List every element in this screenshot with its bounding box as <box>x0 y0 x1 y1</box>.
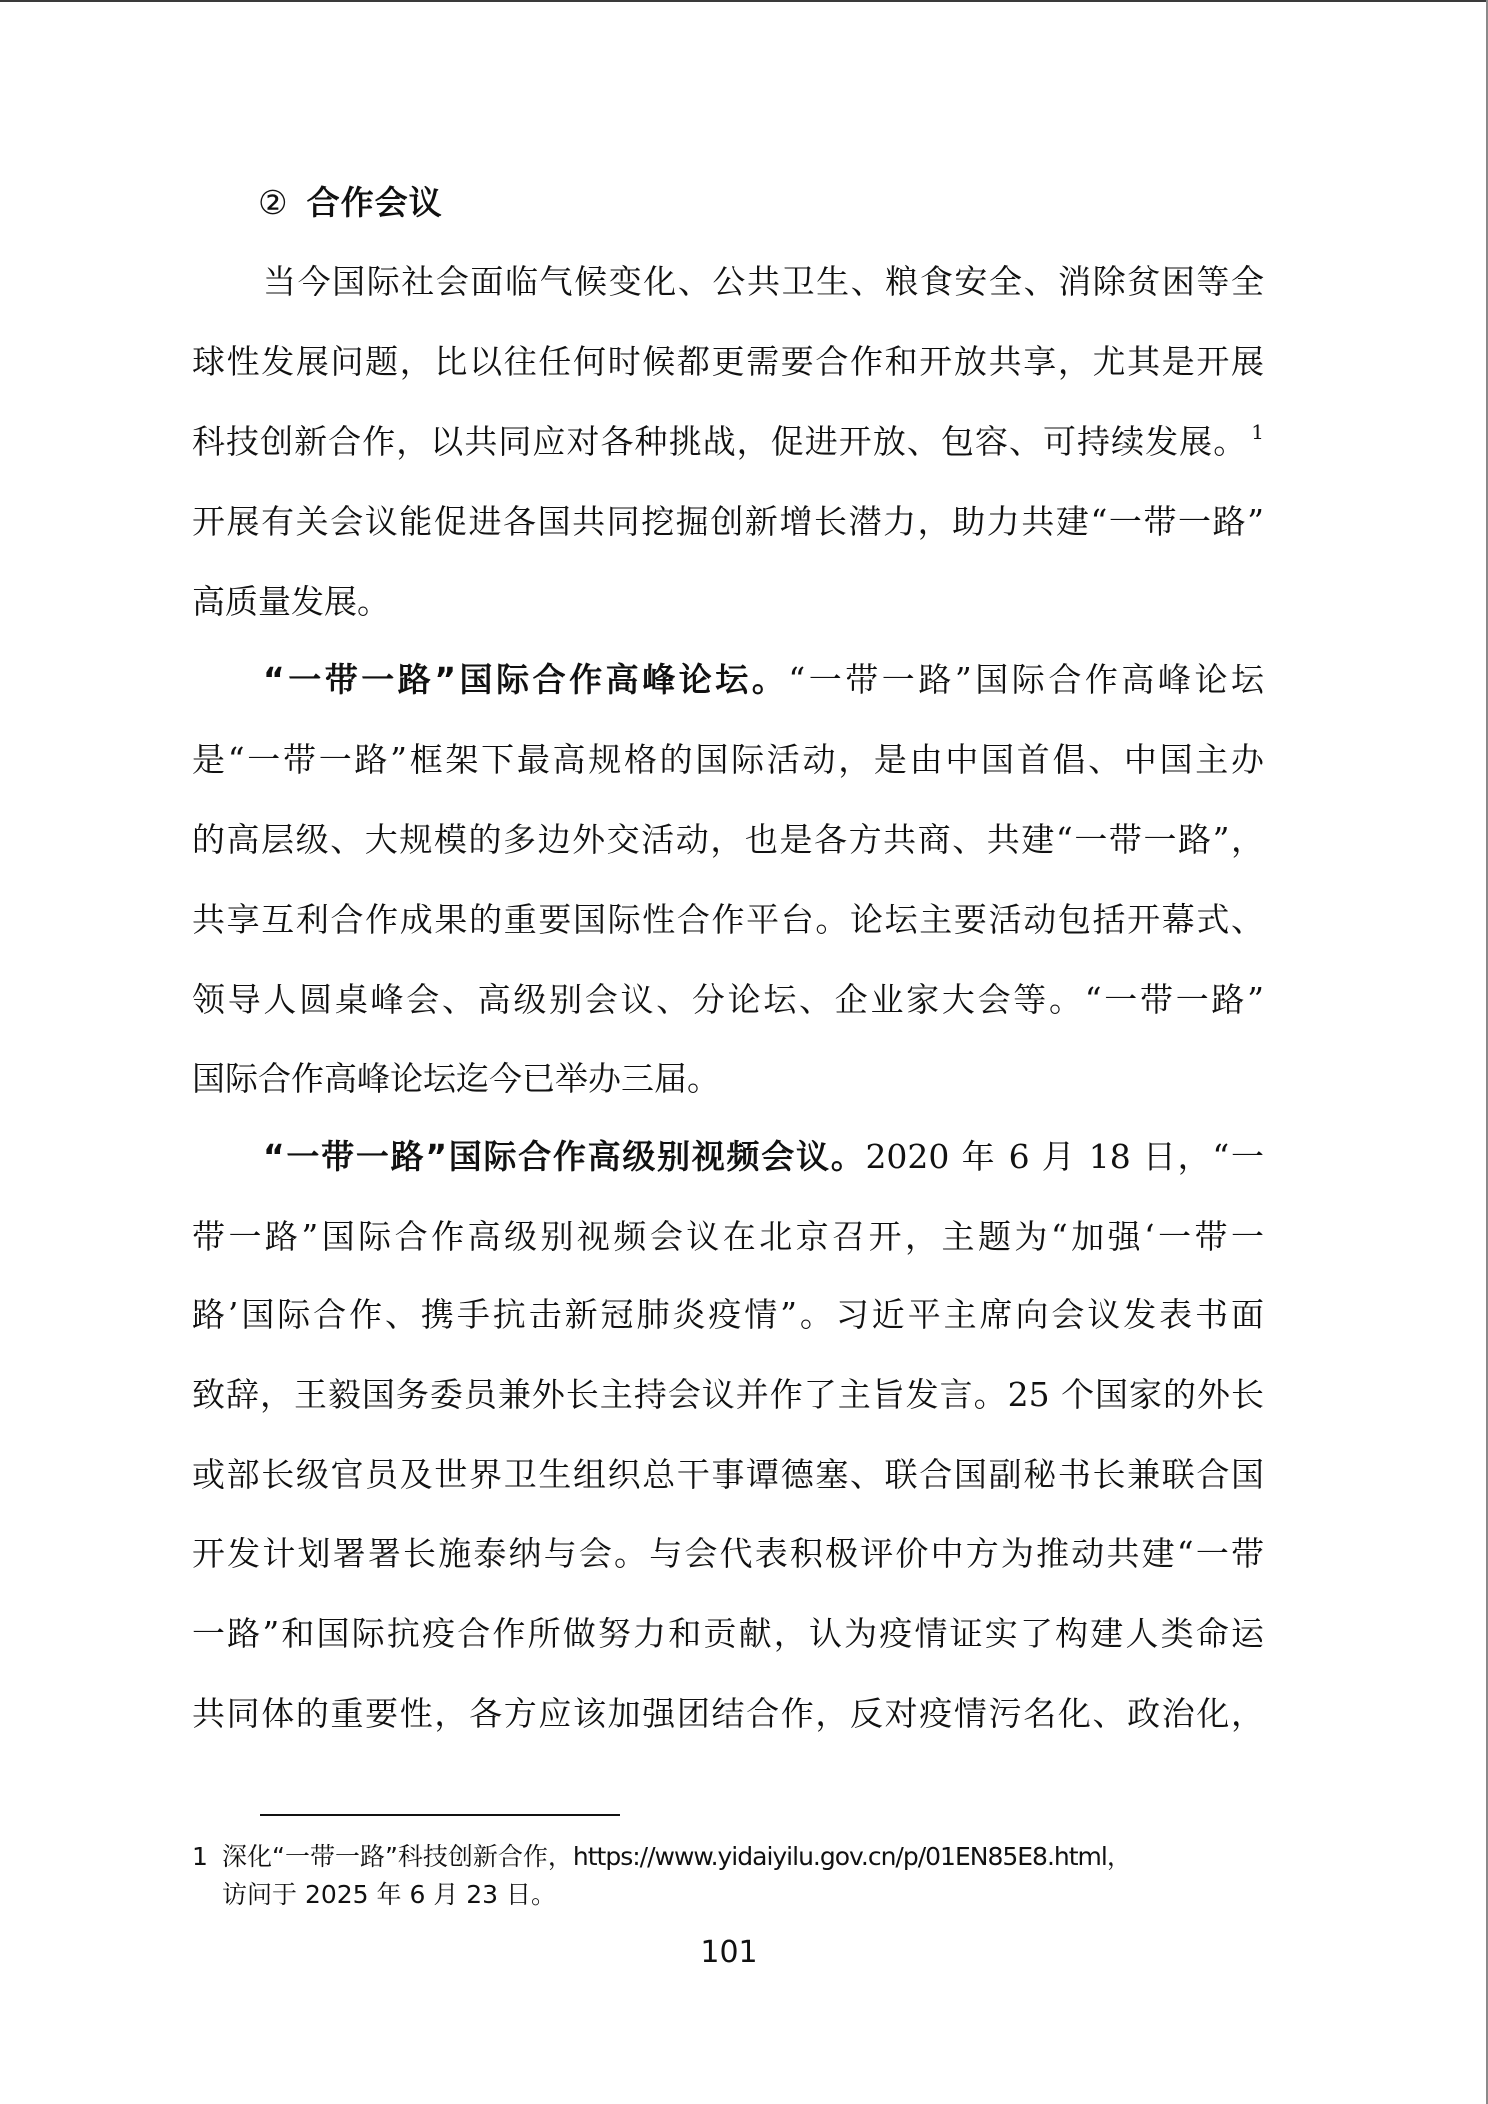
line-text: 路’国际合作、携手抗击新冠肺炎疫情”。习近平主席向会议发表书面 <box>192 1295 1264 1334</box>
line-text: 领导人圆桌峰会、高级别会议、分论坛、企业家大会等。“一带一路” <box>192 980 1264 1019</box>
section-title: 合作会议 <box>307 183 443 222</box>
page-top-border <box>0 0 1488 2</box>
footnote-title: 深化“一带一路”科技创新合作， <box>222 1842 573 1871</box>
footnote-access-note: 访问于 2025 年 6 月 23 日。 <box>222 1876 1272 1914</box>
text-line: “一带一路”国际合作高级别视频会议。2020 年 6 月 18 日，“一 <box>192 1133 1264 1181</box>
line-text: 共同体的重要性，各方应该加强团结合作，反对疫情污名化、政治化， <box>192 1694 1264 1733</box>
footnote-separator <box>260 1814 620 1816</box>
line-text: 带一路”国际合作高级别视频会议在北京召开，主题为“加强‘一带一 <box>192 1217 1264 1256</box>
text-line: 球性发展问题，比以往任何时候都更需要合作和开放共享，尤其是开展 <box>192 338 1264 386</box>
text-line: 一路”和国际抗疫合作所做努力和贡献，认为疫情证实了构建人类命运 <box>192 1610 1264 1658</box>
footnote: 1 深化“一带一路”科技创新合作，https://www.yidaiyilu.g… <box>192 1838 1272 1914</box>
text-line: 高质量发展。 <box>192 578 1264 626</box>
line-text: 共享互利合作成果的重要国际性合作平台。论坛主要活动包括开幕式、 <box>192 900 1264 939</box>
line-text: 或部长级官员及世界卫生组织总干事谭德塞、联合国副秘书长兼联合国 <box>192 1455 1264 1494</box>
line-text: 科技创新合作，以共同应对各种挑战，促进开放、包容、可持续发展。 <box>192 422 1247 461</box>
line-text: 的高层级、大规模的多边外交活动，也是各方共商、共建“一带一路”， <box>192 820 1264 859</box>
footnote-line-1: 深化“一带一路”科技创新合作，https://www.yidaiyilu.gov… <box>222 1838 1272 1876</box>
text-line: “一带一路”国际合作高峰论坛。“一带一路”国际合作高峰论坛 <box>192 656 1264 704</box>
page-number: 101 <box>0 1934 1458 1972</box>
line-text: “一带一路”国际合作高峰论坛 <box>788 660 1264 699</box>
paragraph-bold-lead: “一带一路”国际合作高峰论坛。 <box>263 660 788 699</box>
text-line: 领导人圆桌峰会、高级别会议、分论坛、企业家大会等。“一带一路” <box>192 976 1264 1024</box>
text-line: 国际合作高峰论坛迄今已举办三届。 <box>192 1055 1264 1103</box>
text-line: 致辞，王毅国务委员兼外长主持会议并作了主旨发言。25 个国家的外长 <box>192 1371 1264 1419</box>
text-line: 开展有关会议能促进各国共同挖掘创新增长潜力，助力共建“一带一路” <box>192 498 1264 546</box>
line-text: 开发计划署署长施泰纳与会。与会代表积极评价中方为推动共建“一带 <box>192 1534 1264 1573</box>
section-heading: ②合作会议 <box>258 180 443 226</box>
text-line: 共享互利合作成果的重要国际性合作平台。论坛主要活动包括开幕式、 <box>192 896 1264 944</box>
text-line: 或部长级官员及世界卫生组织总干事谭德塞、联合国副秘书长兼联合国 <box>192 1451 1264 1499</box>
text-line: 共同体的重要性，各方应该加强团结合作，反对疫情污名化、政治化， <box>192 1690 1264 1738</box>
line-text: 致辞，王毅国务委员兼外长主持会议并作了主旨发言。25 个国家的外长 <box>192 1375 1264 1414</box>
footnote-url-link[interactable]: https://www.yidaiyilu.gov.cn/p/01EN85E8.… <box>573 1842 1131 1871</box>
text-line: 的高层级、大规模的多边外交活动，也是各方共商、共建“一带一路”， <box>192 816 1264 864</box>
line-text: 2020 年 6 月 18 日，“一 <box>865 1137 1264 1176</box>
text-line: 当今国际社会面临气候变化、公共卫生、粮食安全、消除贫困等全 <box>192 258 1264 306</box>
section-number: ② <box>258 180 289 226</box>
text-line: 路’国际合作、携手抗击新冠肺炎疫情”。习近平主席向会议发表书面 <box>192 1291 1264 1339</box>
line-text: 开展有关会议能促进各国共同挖掘创新增长潜力，助力共建“一带一路” <box>192 502 1264 541</box>
text-line: 科技创新合作，以共同应对各种挑战，促进开放、包容、可持续发展。1 <box>192 418 1264 466</box>
text-line: 是“一带一路”框架下最高规格的国际活动，是由中国首倡、中国主办 <box>192 736 1264 784</box>
line-text: 一路”和国际抗疫合作所做努力和贡献，认为疫情证实了构建人类命运 <box>192 1614 1264 1653</box>
line-text: 是“一带一路”框架下最高规格的国际活动，是由中国首倡、中国主办 <box>192 740 1264 779</box>
line-text: 球性发展问题，比以往任何时候都更需要合作和开放共享，尤其是开展 <box>192 342 1264 381</box>
paragraph-bold-lead: “一带一路”国际合作高级别视频会议。 <box>263 1137 865 1176</box>
text-line: 开发计划署署长施泰纳与会。与会代表积极评价中方为推动共建“一带 <box>192 1530 1264 1578</box>
line-text: 当今国际社会面临气候变化、公共卫生、粮食安全、消除贫困等全 <box>263 262 1264 301</box>
line-text: 高质量发展。 <box>192 582 390 621</box>
text-line: 带一路”国际合作高级别视频会议在北京召开，主题为“加强‘一带一 <box>192 1213 1264 1261</box>
line-text: 国际合作高峰论坛迄今已举办三届。 <box>192 1059 720 1098</box>
footnote-reference[interactable]: 1 <box>1251 420 1264 444</box>
footnote-number: 1 <box>192 1838 208 1876</box>
